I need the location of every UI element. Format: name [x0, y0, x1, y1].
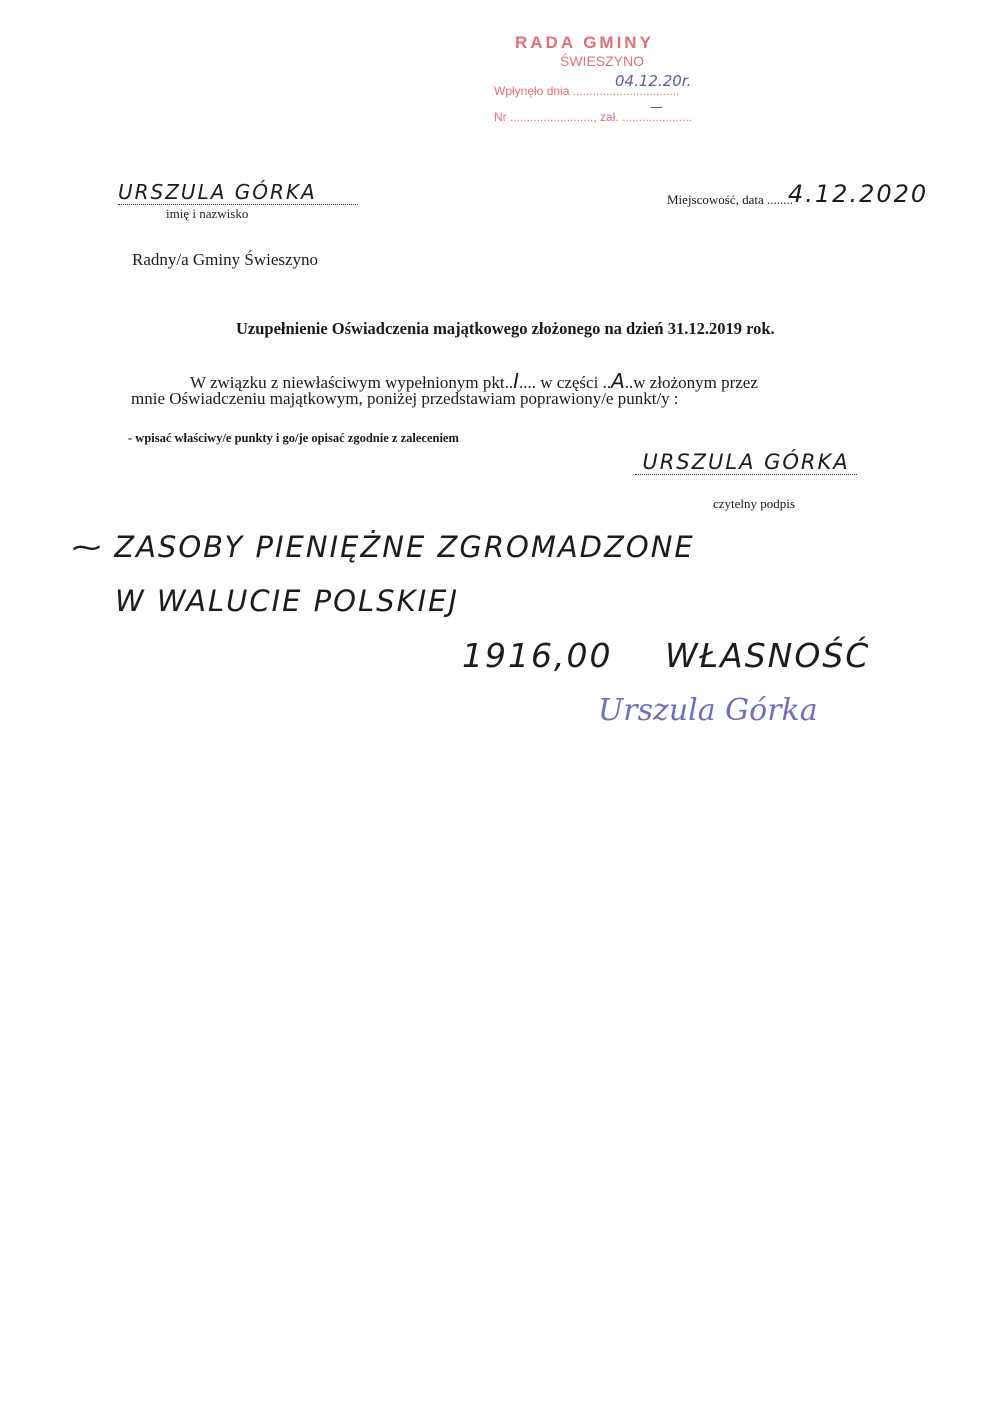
place-date-label: Miejscowość, data — [667, 192, 764, 207]
signature-caption: czytelny podpis — [713, 496, 795, 512]
handwritten-line-3: 1916,00 WŁASNOŚĆ — [462, 636, 870, 675]
handwritten-line-2: W WALUCIE POLSKIEJ — [115, 584, 459, 618]
signature-field: URSZULA GÓRKA — [635, 450, 857, 475]
stamp-attachment-label: zał. — [600, 110, 619, 124]
date-handwritten: 4.12.2020 — [788, 180, 928, 208]
stamp-number-label: Nr — [494, 110, 507, 124]
instruction-text: - wpisać właściwy/e punkty i go/je opisa… — [128, 431, 459, 446]
stamp-attachment-value: — — [650, 100, 663, 115]
blue-signature: Urszula Górka — [598, 693, 818, 728]
stamp-received-date: 04.12.20r. — [615, 72, 691, 90]
handwritten-line-1: ⁓ ZASOBY PIENIĘŻNE ZGROMADZONE — [72, 530, 695, 564]
signature-handwritten: URSZULA GÓRKA — [642, 450, 849, 474]
name-caption: imię i nazwisko — [166, 206, 248, 222]
document-title: Uzupełnienie Oświadczenia majątkowego zł… — [236, 319, 775, 339]
stamp-title: RADA GMINY — [515, 33, 654, 53]
name-handwritten: URSZULA GÓRKA — [118, 180, 317, 204]
stamp-number-dots: ........................., — [510, 110, 597, 124]
handwritten-amount: 1916,00 — [462, 636, 612, 675]
stamp-received-label: Wpłynęło dnia — [494, 84, 569, 98]
handwritten-ownership: WŁASNOŚĆ — [665, 636, 870, 675]
paragraph-line-2: mnie Oświadczeniu majątkowym, poniżej pr… — [131, 389, 679, 409]
role-text: Radny/a Gminy Świeszyno — [132, 250, 318, 270]
place-date-field: Miejscowość, data ........ — [667, 192, 793, 208]
name-field: URSZULA GÓRKA — [118, 180, 358, 205]
stamp-subtitle: ŚWIESZYNO — [560, 53, 644, 69]
